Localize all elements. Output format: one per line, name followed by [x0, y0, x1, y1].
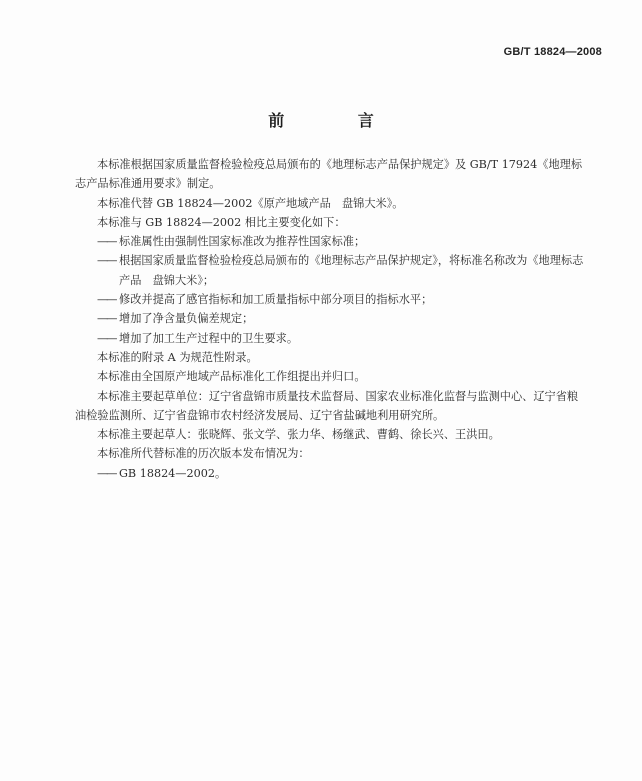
- dash-mark: ——: [97, 290, 119, 309]
- change-item-2-line1: ——根据国家质量监督检验检疫总局颁布的《地理标志产品保护规定》，将标准名称改为《…: [75, 251, 565, 270]
- change-item-5: ——增加了加工生产过程中的卫生要求。: [75, 329, 565, 348]
- history-item-1: ——GB 18824—2002。: [75, 464, 565, 483]
- change-item-2-line2: 产品 盘锦大米》；: [75, 271, 565, 290]
- dash-mark: ——: [97, 232, 119, 251]
- foreword-body: 本标准根据国家质量监督检验检疫总局颁布的《地理标志产品保护规定》及 GB/T 1…: [75, 155, 565, 483]
- paragraph-replaces: 本标准代替 GB 18824—2002《原产地域产品 盘锦大米》。: [75, 194, 565, 213]
- change-item-3: ——修改并提高了感官指标和加工质量指标中部分项目的指标水平；: [75, 290, 565, 309]
- change-item-4: ——增加了净含量负偏差规定；: [75, 309, 565, 328]
- paragraph-history-intro: 本标准所代替标准的历次版本发布情况为：: [75, 444, 565, 463]
- dash-mark: ——: [97, 309, 119, 328]
- paragraph-drafting-units-line2: 油检验监测所、辽宁省盘锦市农村经济发展局、辽宁省盐碱地利用研究所。: [75, 406, 565, 425]
- paragraph-basis-line2: 志产品标准通用要求》制定。: [75, 174, 565, 193]
- paragraph-appendix: 本标准的附录 A 为规范性附录。: [75, 348, 565, 367]
- paragraph-drafters: 本标准主要起草人：张晓辉、张文学、张力华、杨继武、曹鹤、徐长兴、王洪田。: [75, 425, 565, 444]
- dash-mark: ——: [97, 464, 119, 483]
- page-title: 前 言: [0, 108, 642, 131]
- standard-code: GB/T 18824—2008: [504, 46, 602, 58]
- paragraph-basis-line1: 本标准根据国家质量监督检验检疫总局颁布的《地理标志产品保护规定》及 GB/T 1…: [75, 155, 565, 174]
- dash-mark: ——: [97, 329, 119, 348]
- paragraph-drafting-units-line1: 本标准主要起草单位：辽宁省盘锦市质量技术监督局、国家农业标准化监督与监测中心、辽…: [75, 387, 565, 406]
- change-item-1: ——标准属性由强制性国家标准改为推荐性国家标准；: [75, 232, 565, 251]
- dash-mark: ——: [97, 251, 119, 270]
- paragraph-changes-intro: 本标准与 GB 18824—2002 相比主要变化如下：: [75, 213, 565, 232]
- paragraph-proposer: 本标准由全国原产地域产品标准化工作组提出并归口。: [75, 367, 565, 386]
